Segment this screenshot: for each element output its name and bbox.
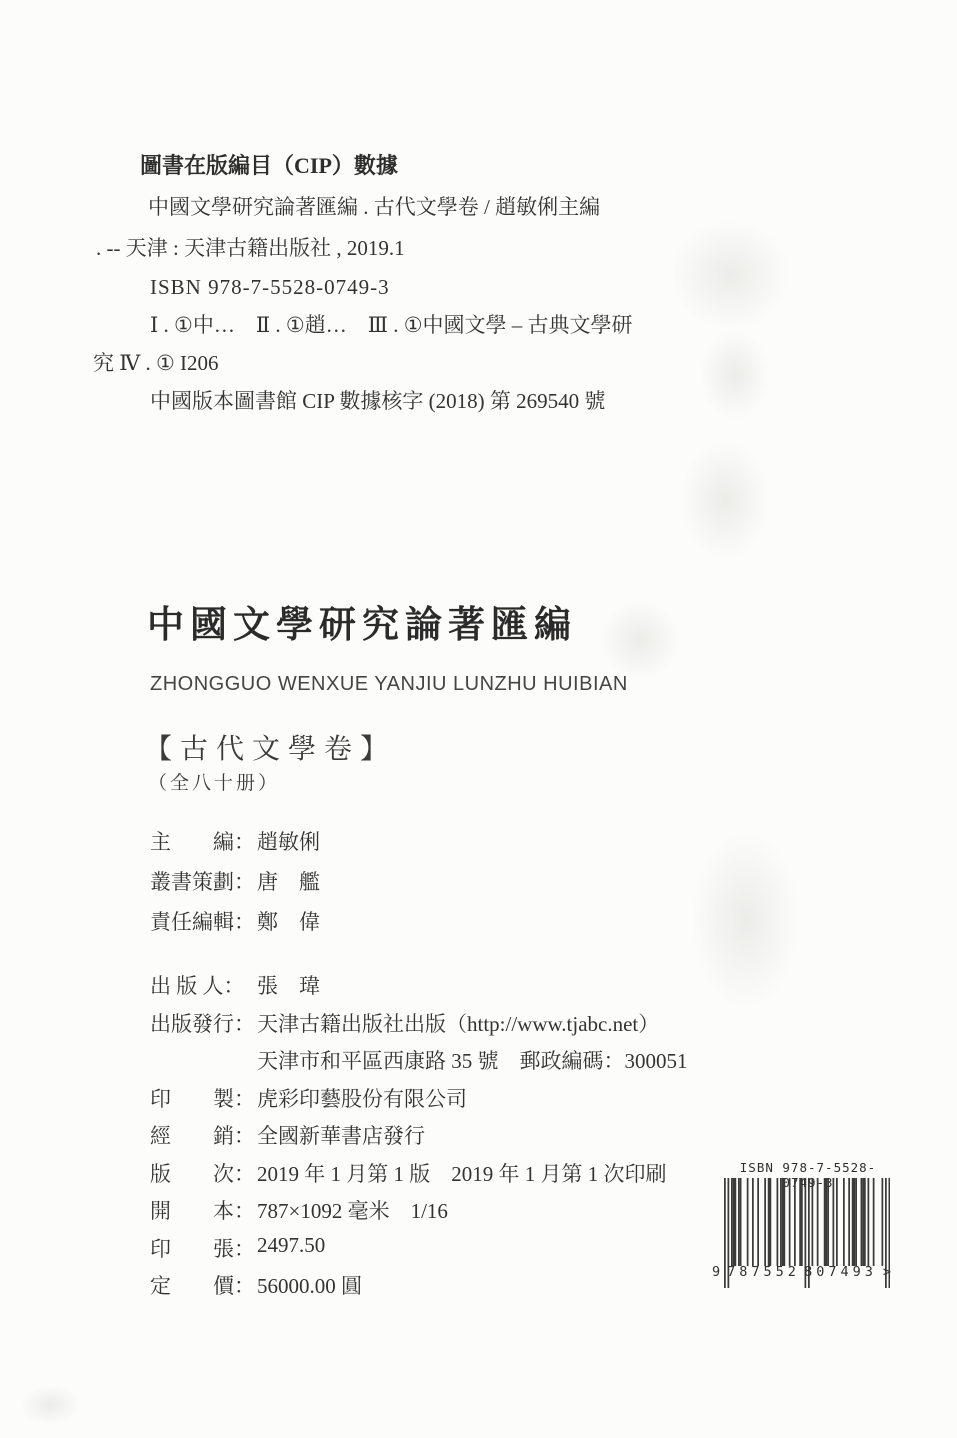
publication-value: 天津市和平區西康路 35 號 郵政編碼：300051 bbox=[257, 1045, 688, 1075]
barcode-digits-group2: 807493 bbox=[802, 1264, 879, 1280]
credit-row-series-planner: 叢書策劃： 唐 艦 bbox=[150, 866, 320, 906]
publication-row-address: 天津市和平區西康路 35 號 郵政編碼：300051 bbox=[150, 1045, 688, 1083]
publication-label: 印 張： bbox=[150, 1233, 257, 1263]
publication-block: 出 版 人： 張 瑋 出版發行： 天津古籍出版社出版（http://www.tj… bbox=[150, 970, 688, 1308]
credit-row-chief-editor: 主 編： 趙敏俐 bbox=[150, 826, 320, 866]
publication-row-price: 定 價： 56000.00 圓 bbox=[150, 1270, 688, 1308]
scan-smudge bbox=[670, 220, 790, 330]
publication-value: 2019 年 1 月第 1 版 2019 年 1 月第 1 次印刷 bbox=[257, 1158, 667, 1188]
publication-label: 出版發行： bbox=[150, 1008, 257, 1038]
publication-label: 開 本： bbox=[150, 1195, 257, 1225]
publication-label: 經 銷： bbox=[150, 1120, 257, 1150]
credit-row-responsible-editor: 責任編輯： 鄭 偉 bbox=[150, 906, 320, 946]
publication-value: 張 瑋 bbox=[257, 970, 320, 1000]
publication-value: 天津古籍出版社出版（http://www.tjabc.net） bbox=[257, 1008, 659, 1038]
publication-value: 全國新華書店發行 bbox=[257, 1120, 425, 1150]
publication-value: 虎彩印藝股份有限公司 bbox=[257, 1083, 467, 1113]
volume-count: （全八十册） bbox=[148, 768, 280, 795]
scan-smudge bbox=[680, 440, 770, 560]
cip-title-line: 中國文學研究論著匯編 . 古代文學卷 / 趙敏俐主編 bbox=[148, 195, 600, 220]
publication-label: 印 製： bbox=[150, 1083, 257, 1113]
scan-smudge bbox=[690, 830, 800, 1010]
colophon-page: 圖書在版編目（CIP）數據 中國文學研究論著匯編 . 古代文學卷 / 趙敏俐主編… bbox=[0, 0, 957, 1438]
book-title: 中國文學研究論著匯編 bbox=[147, 594, 577, 648]
credit-label: 責任編輯： bbox=[150, 906, 257, 936]
cip-isbn-line: ISBN 978-7-5528-0749-3 bbox=[150, 275, 390, 300]
publication-value: 787×1092 毫米 1/16 bbox=[257, 1195, 448, 1225]
publication-label: 版 次： bbox=[150, 1158, 257, 1188]
cip-classification-line-1: Ⅰ . ①中… Ⅱ . ①趙… Ⅲ . ①中國文學 – 古典文學研 bbox=[150, 313, 633, 338]
cip-record-number-line: 中國版本圖書館 CIP 數據核字 (2018) 第 269540 號 bbox=[150, 389, 605, 414]
publication-value: 56000.00 圓 bbox=[257, 1270, 362, 1300]
publication-row-publisher-person: 出 版 人： 張 瑋 bbox=[150, 970, 688, 1008]
barcode-digits-group1: 787552 bbox=[725, 1264, 802, 1280]
barcode-digits: 9 787552 807493 > bbox=[712, 1264, 902, 1280]
cip-heading: 圖書在版編目（CIP）數據 bbox=[140, 153, 398, 179]
publication-row-printer: 印 製： 虎彩印藝股份有限公司 bbox=[150, 1083, 688, 1121]
credit-value: 鄭 偉 bbox=[257, 906, 320, 936]
book-title-pinyin: ZHONGGUO WENXUE YANJIU LUNZHU HUIBIAN bbox=[150, 673, 628, 696]
credit-label: 叢書策劃： bbox=[150, 866, 257, 896]
barcode-trailing-mark: > bbox=[879, 1264, 891, 1280]
barcode-digit-prefix: 9 bbox=[712, 1264, 725, 1280]
publication-value: 2497.50 bbox=[257, 1233, 325, 1258]
publication-row-distributor: 經 銷： 全國新華書店發行 bbox=[150, 1120, 688, 1158]
publication-row-format: 開 本： 787×1092 毫米 1/16 bbox=[150, 1195, 688, 1233]
publication-label: 定 價： bbox=[150, 1270, 257, 1300]
scan-smudge bbox=[700, 330, 770, 420]
scan-smudge bbox=[600, 600, 680, 680]
scan-smudge bbox=[20, 1385, 80, 1425]
publication-row-publisher: 出版發行： 天津古籍出版社出版（http://www.tjabc.net） bbox=[150, 1008, 688, 1046]
isbn-barcode: ISBN 978-7-5528-0749-3 9 787552 807493 > bbox=[712, 1160, 902, 1305]
cip-classification-line-2: 究 Ⅳ . ① I206 bbox=[93, 351, 219, 376]
credit-label: 主 編： bbox=[150, 826, 257, 856]
publication-label: 出 版 人： bbox=[150, 970, 257, 1000]
credit-value: 趙敏俐 bbox=[257, 826, 320, 856]
credit-value: 唐 艦 bbox=[257, 866, 320, 896]
publication-row-sheets: 印 張： 2497.50 bbox=[150, 1233, 688, 1271]
volume-title: 【古代文學卷】 bbox=[144, 727, 396, 767]
cip-publisher-line: . -- 天津 : 天津古籍出版社 , 2019.1 bbox=[96, 236, 405, 261]
credits-block: 主 編： 趙敏俐 叢書策劃： 唐 艦 責任編輯： 鄭 偉 bbox=[150, 826, 320, 946]
publication-row-edition: 版 次： 2019 年 1 月第 1 版 2019 年 1 月第 1 次印刷 bbox=[150, 1158, 688, 1196]
